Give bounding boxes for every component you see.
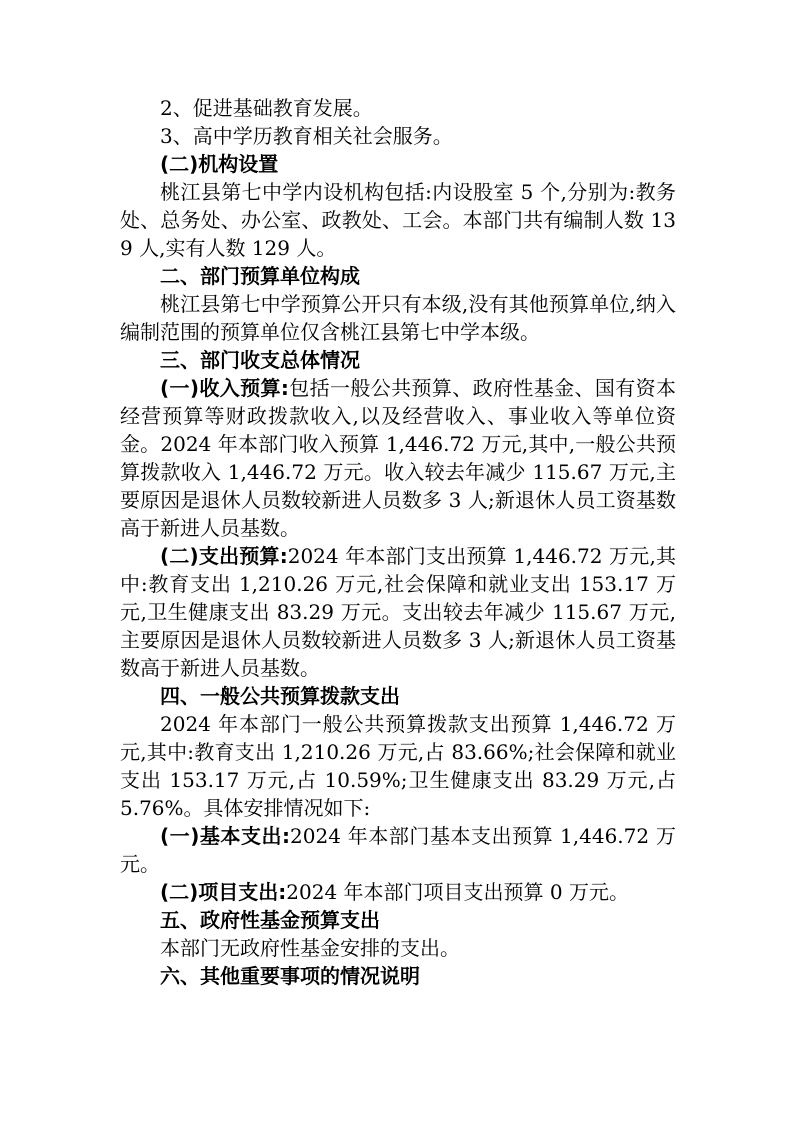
paragraph-lead: (二)支出预算:: [160, 544, 288, 568]
paragraph-lead: (二)项目支出:: [160, 880, 286, 904]
list-item: 2、促进基础教育发展。: [120, 94, 676, 122]
section-heading: 二、部门预算单位构成: [120, 262, 676, 290]
paragraph: (一)收入预算:包括一般公共预算、政府性基金、国有资本经营预算等财政拨款收入,以…: [120, 374, 676, 542]
section-heading: 五、政府性基金预算支出: [120, 906, 676, 934]
paragraph-lead: (一)收入预算:: [160, 376, 289, 400]
paragraph-lead: (一)基本支出:: [160, 824, 290, 848]
section-heading: (二)机构设置: [120, 150, 676, 178]
paragraph: 桃江县第七中学预算公开只有本级,没有其他预算单位,纳入编制范围的预算单位仅含桃江…: [120, 290, 676, 346]
paragraph: 2024 年本部门一般公共预算拨款支出预算 1,446.72 万元,其中:教育支…: [120, 710, 676, 822]
section-heading: 六、其他重要事项的情况说明: [120, 962, 676, 990]
section-heading: 四、一般公共预算拨款支出: [120, 682, 676, 710]
paragraph: 本部门无政府性基金安排的支出。: [120, 934, 676, 962]
document-page: 2、促进基础教育发展。 3、高中学历教育相关社会服务。 (二)机构设置 桃江县第…: [0, 0, 793, 1122]
paragraph: (一)基本支出:2024 年本部门基本支出预算 1,446.72 万元。: [120, 822, 676, 878]
paragraph-text: 2024 年本部门项目支出预算 0 万元。: [286, 880, 629, 904]
paragraph: (二)支出预算:2024 年本部门支出预算 1,446.72 万元,其中:教育支…: [120, 542, 676, 682]
section-heading: 三、部门收支总体情况: [120, 346, 676, 374]
paragraph: 桃江县第七中学内设机构包括:内设股室 5 个,分别为:教务处、总务处、办公室、政…: [120, 178, 676, 262]
paragraph-text: 包括一般公共预算、政府性基金、国有资本经营预算等财政拨款收入,以及经营收入、事业…: [120, 376, 676, 540]
list-item: 3、高中学历教育相关社会服务。: [120, 122, 676, 150]
paragraph: (二)项目支出:2024 年本部门项目支出预算 0 万元。: [120, 878, 676, 906]
document-content: 2、促进基础教育发展。 3、高中学历教育相关社会服务。 (二)机构设置 桃江县第…: [120, 94, 676, 990]
